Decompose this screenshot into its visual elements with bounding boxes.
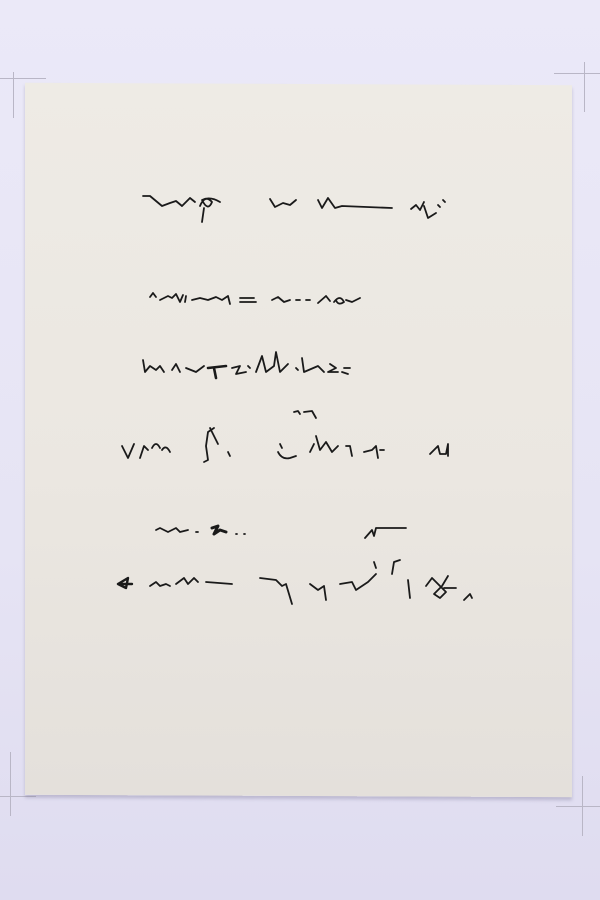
script-line-3: [143, 352, 350, 378]
asemic-script: [0, 0, 600, 900]
script-line-2: [150, 293, 360, 304]
script-line-6: [118, 560, 472, 604]
script-line-1: [143, 196, 445, 222]
script-line-4: [122, 411, 448, 462]
script-line-5: [156, 526, 406, 538]
